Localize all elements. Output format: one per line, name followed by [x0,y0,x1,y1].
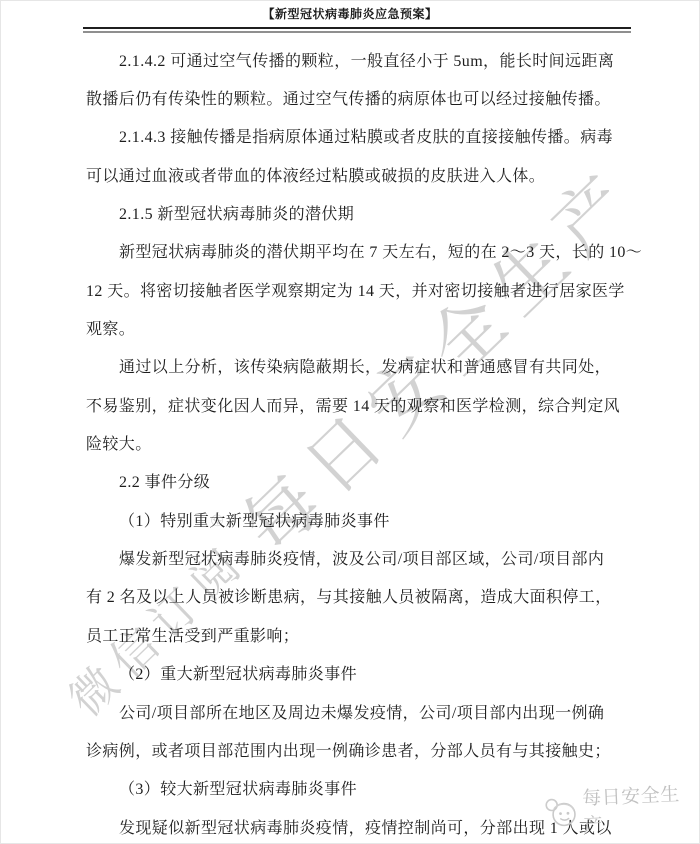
document-line: 不易鉴别，症状变化因人而异，需要 14 天的观察和医学检测，综合判定风 [86,385,646,423]
document-line: 12 天。将密切接触者医学观察期定为 14 天，并对密切接触者进行居家医学 [86,270,646,308]
document-body: 2.1.4.2 可通过空气传播的颗粒，一般直径小于 5um，能长时间远距离 散播… [86,40,646,844]
page-header-title: 【新型冠状病毒肺炎应急预案】 [1,5,699,22]
document-line: 可以通过血液或者带血的体液经过粘膜或破损的皮肤进入人体。 [86,155,646,193]
document-line: 有 2 名及以上人员被诊断患病，与其接触人员被隔离，造成大面积停工， [86,577,646,615]
document-line: 2.1.4.3 接触传播是指病原体通过粘膜或者皮肤的直接接触传播。病毒 [86,117,646,155]
document-line: 公司/项目部所在地区及周边未爆发疫情，公司/项目部内出现一例确 [86,692,646,730]
document-line: 诊病例，或者项目部范围内出现一例确诊患者，分部人员有与其接触史； [86,730,646,768]
safety-mascot-icon [541,794,580,830]
header-divider-thin [83,31,631,33]
document-line: 员工正常生活受到严重影响； [86,615,646,653]
document-line: 散播后仍有传染性的颗粒。通过空气传播的病原体也可以经过接触传播。 [86,78,646,116]
document-line: 通过以上分析，该传染病隐蔽期长，发病症状和普通感冒有共同处， [86,347,646,385]
document-line: 险较大。 [86,423,646,461]
document-line: 2.1.4.2 可通过空气传播的颗粒，一般直径小于 5um，能长时间远距离 [86,40,646,78]
document-line: （2）重大新型冠状病毒肺炎事件 [86,654,646,692]
document-page: 【新型冠状病毒肺炎应急预案】 微信订阅®每日安全生产 2.1.4.2 可通过空气… [0,0,700,844]
footer-watermark: 每日安全生产 [541,779,700,840]
header-divider-line [83,27,631,33]
document-line: （1）特别重大新型冠状病毒肺炎事件 [86,500,646,538]
document-line: 观察。 [86,308,646,346]
footer-brand-text: 每日安全生产 [582,779,700,838]
header-divider-thick [83,27,631,29]
document-line: 2.2 事件分级 [86,462,646,500]
document-line: 2.1.5 新型冠状病毒肺炎的潜伏期 [86,193,646,231]
document-line: 新型冠状病毒肺炎的潜伏期平均在 7 天左右，短的在 2～3 天，长的 10～ [86,232,646,270]
document-line: 爆发新型冠状病毒肺炎疫情，波及公司/项目部区域，公司/项目部内 [86,538,646,576]
